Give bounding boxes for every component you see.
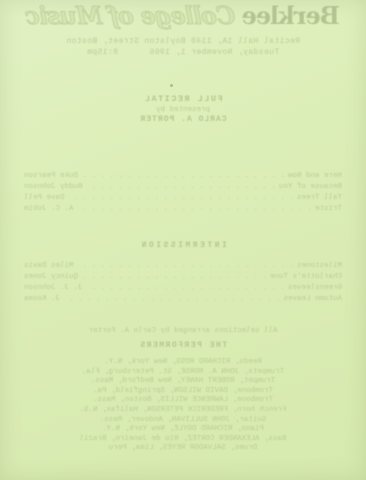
dot-leader: . . . . . . . . . . . . . . . . . . . . …: [86, 284, 285, 292]
program-row: Milestones . . . . . . . . . . . . . . .…: [0, 262, 366, 273]
program-row: Autumn Leaves . . . . . . . . . . . . . …: [0, 295, 366, 306]
program-row: Triste . . . . . . . . . . . . . . . . .…: [0, 205, 366, 216]
program-row: Greensleeves . . . . . . . . . . . . . .…: [0, 284, 366, 295]
presented-by-line: presented by: [0, 106, 366, 114]
program-row: Charlotte's Tune . . . . . . . . . . . .…: [0, 273, 366, 284]
presenter-name: CARLO A. PORTER: [0, 115, 366, 124]
program-row: Here and Now . . . . . . . . . . . . . .…: [0, 172, 366, 183]
program-row: Because of You . . . . . . . . . . . . .…: [0, 183, 366, 194]
composer-name: J. Kosma: [24, 295, 60, 303]
show-through-mirror-layer: Berklee College of Music Recital Hall 1A…: [0, 0, 366, 480]
date-line: Tuesday, November 1, 1966 8:15pm: [0, 48, 366, 57]
recital-heading: FULL RECITAL: [0, 94, 366, 104]
composer-name: Miles Davis: [24, 262, 74, 270]
composer-name: Duke Pearson: [24, 172, 78, 180]
composer-name: Buddy Johnson: [24, 183, 83, 191]
performer-line: Guitar, JOHN SULLIVAN, Andover, Mass.: [0, 416, 366, 426]
arranger-note: All selections arranged by Carlo A. Port…: [0, 327, 366, 335]
composer-name: A. C. Jobim: [24, 205, 74, 213]
song-title: Tall Trees: [297, 194, 342, 202]
dot-leader: . . . . . . . . . . . . . . . . . . . . …: [77, 205, 312, 213]
composer-name: J. J. Johnson: [24, 284, 83, 292]
song-title: Milestones: [297, 262, 342, 270]
program-list-part2: Milestones . . . . . . . . . . . . . . .…: [0, 262, 366, 306]
song-title: Here and Now: [288, 172, 342, 180]
masthead-outline-wordmark: College of Music: [26, 1, 242, 30]
performers-list: Reeds, RICHARD ROSS, New York, N.Y. Trum…: [0, 358, 366, 454]
program-row: Tall Trees . . . . . . . . . . . . . . .…: [0, 194, 366, 205]
dot-leader: . . . . . . . . . . . . . . . . . . . . …: [81, 273, 267, 281]
scanned-program-back-page: Berklee College of Music Recital Hall 1A…: [0, 0, 366, 480]
performer-line: French horn, FREDERICK PETERSON, Halifax…: [0, 406, 366, 416]
venue-line: Recital Hall 1A, 1140 Boylston Street, B…: [0, 37, 366, 46]
dot-leader: . . . . . . . . . . . . . . . . . . . . …: [63, 295, 280, 303]
performer-line: Trumpet, ROBERT HANEY, New Bedford, Mass…: [0, 377, 366, 387]
program-list-part1: Here and Now . . . . . . . . . . . . . .…: [0, 172, 366, 216]
performer-line: Piano, RICHARD DOYLE, New York, N.Y.: [0, 425, 366, 435]
song-title: Because of You: [279, 183, 342, 191]
ink-speck: [170, 84, 173, 87]
performer-line: Reeds, RICHARD ROSS, New York, N.Y.: [0, 358, 366, 368]
song-title: Triste: [315, 205, 342, 213]
dot-leader: . . . . . . . . . . . . . . . . . . . . …: [86, 183, 276, 191]
performer-line: Trombone, LAWRENCE WILLIS, Boston, Mass.: [0, 396, 366, 406]
composer-name: Dave Pell: [24, 194, 65, 202]
song-title: Autumn Leaves: [283, 295, 342, 303]
performer-line: Bass, ALEXANDER CORTEZ, Rio de Janeiro, …: [0, 435, 366, 445]
dot-leader: . . . . . . . . . . . . . . . . . . . . …: [77, 262, 294, 270]
intermission-heading: INTERMISSION: [0, 241, 366, 250]
performer-line: Trumpets, JOHN A. MORSE, St. Petersburg,…: [0, 368, 366, 378]
song-title: Charlotte's Tune: [270, 273, 342, 281]
dot-leader: . . . . . . . . . . . . . . . . . . . . …: [81, 172, 285, 180]
masthead-bold-wordmark: Berklee: [242, 1, 339, 30]
song-title: Greensleeves: [288, 284, 342, 292]
composer-name: Quincy Jones: [24, 273, 78, 281]
performers-heading: THE PERFORMERS: [0, 341, 366, 350]
performer-line: Drums, SALVADOR REYES, Lima, Peru: [0, 444, 366, 454]
performer-line: Trombone, DAVID WILSON, Springfield, Pa.: [0, 387, 366, 397]
dot-leader: . . . . . . . . . . . . . . . . . . . . …: [68, 194, 294, 202]
masthead: Berklee College of Music: [0, 3, 366, 29]
